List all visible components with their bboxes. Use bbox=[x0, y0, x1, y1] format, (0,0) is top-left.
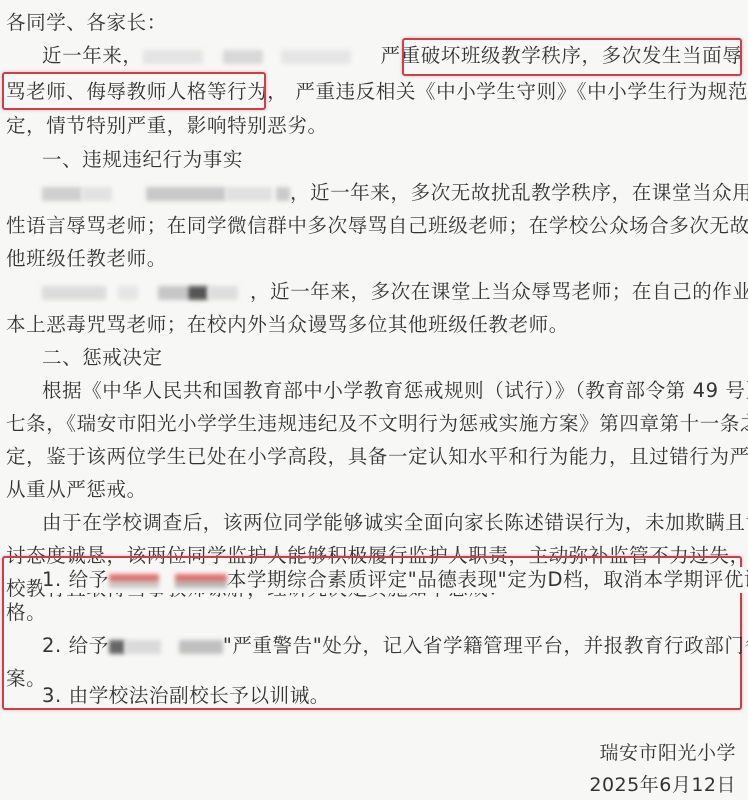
redacted-name bbox=[118, 286, 138, 300]
redacted-name bbox=[82, 187, 112, 201]
redacted-name bbox=[276, 187, 290, 201]
measure-3: 3. 由学校法治副校长予以训诫。 bbox=[42, 683, 330, 709]
basis-line-1: 根据《中华人民共和国教育部中小学教育惩戒规则（试行）》（教育部令第 49 号）第 bbox=[42, 378, 748, 404]
salutation: 各同学、各家长： bbox=[6, 10, 167, 36]
redacted-name bbox=[175, 574, 227, 588]
basis-line-4: 从重从严惩戒。 bbox=[6, 477, 147, 503]
basis-line-2: 七条，《瑞安市阳光小学学生违规违纪及不文明行为惩戒实施方案》第四章第十一条之规 bbox=[6, 411, 748, 437]
section1-heading: 一、违规违纪行为事实 bbox=[42, 147, 243, 173]
measure-1-line-1: 1. 给予本学期综合素质评定"品德表现"定为D档，取消本学期评优评先资 bbox=[42, 567, 748, 593]
redacted-name bbox=[109, 640, 125, 654]
measure-1-line-2: 格。 bbox=[6, 600, 46, 626]
student1-line-1: ，近一年来，多次无故扰乱教学秩序，在课堂当众用侮辱 bbox=[42, 180, 748, 206]
redacted-name bbox=[146, 187, 226, 201]
student2-line-1: ，近一年来，多次在课堂上当众辱骂老师；在自己的作业 bbox=[42, 279, 748, 305]
section2-heading: 二、惩戒决定 bbox=[42, 345, 163, 371]
redacted-name bbox=[42, 286, 106, 300]
student2-line-2: 本上恶毒咒骂老师；在校内外当众谩骂多位其他班级任教老师。 bbox=[6, 312, 569, 338]
measure-2-line-2: 案。 bbox=[6, 666, 46, 692]
notice-date: 2025年6月12日 bbox=[589, 770, 736, 797]
redacted-name bbox=[158, 286, 188, 300]
student1-line-3: 他班级任教老师。 bbox=[6, 246, 167, 272]
mitigation-line-1: 由于在学校调查后，该两位同学能够诚实全面向家长陈述错误行为，未加欺瞒且认错检 bbox=[42, 510, 748, 536]
disciplinary-notice-document: 各同学、各家长： 近一年来，严重破坏班级教学秩序，多次发生当面辱 骂老师、侮辱教… bbox=[0, 0, 748, 800]
measure-2-line-1: 2. 给予"严重警告"处分，记入省学籍管理平台，并报教育行政部门备 bbox=[42, 633, 748, 659]
redacted-name bbox=[125, 640, 161, 654]
redacted-names bbox=[281, 50, 351, 64]
redacted-name bbox=[208, 286, 238, 300]
redacted-names bbox=[223, 50, 263, 64]
highlight-box-1 bbox=[402, 38, 742, 76]
redacted-names bbox=[143, 50, 203, 64]
basis-line-3: 定，鉴于该两位学生已处在小学高段，具备一定认知水平和行为能力，且过错行为严重，应 bbox=[6, 444, 748, 470]
redacted-name bbox=[179, 640, 223, 654]
redacted-name bbox=[42, 187, 82, 201]
school-name-signature: 瑞安市阳光小学 bbox=[599, 738, 736, 765]
highlight-box-2 bbox=[2, 72, 266, 110]
redacted-name bbox=[109, 574, 159, 588]
intro-line-3: 定，情节特别严重，影响特别恶劣。 bbox=[6, 113, 328, 139]
redacted-name bbox=[226, 187, 272, 201]
redacted-name bbox=[188, 286, 208, 300]
student1-line-2: 性语言辱骂老师；在同学微信群中多次辱骂自己班级老师；在学校公众场合多次无故辱骂其 bbox=[6, 213, 748, 239]
